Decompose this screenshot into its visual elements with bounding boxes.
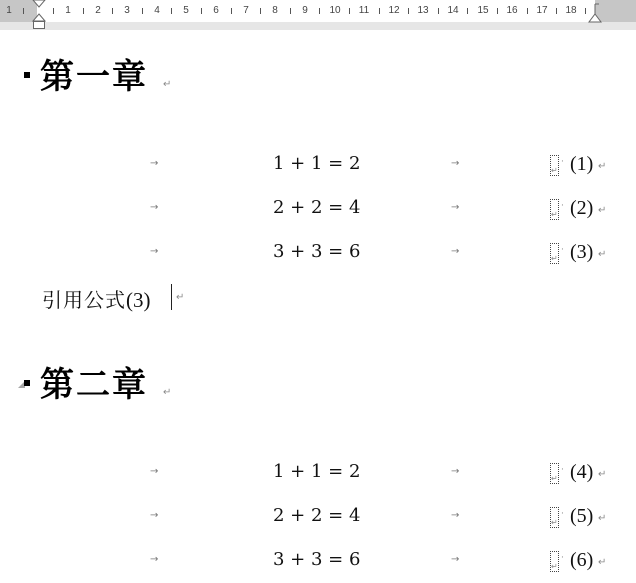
ruler-tick-mark [379, 8, 380, 14]
ruler-number: 10 [329, 5, 340, 17]
equation-number[interactable]: (5) [570, 505, 593, 528]
reference-text[interactable]: 引用公式(3) [42, 284, 151, 313]
paragraph-mark-icon: ↵ [598, 513, 606, 524]
ruler-margin-label: 1 [6, 5, 12, 17]
ruler-number: 1 [65, 5, 71, 17]
chapter-2-heading[interactable]: 第二章 [40, 365, 148, 405]
equation-number[interactable]: (6) [570, 549, 593, 572]
right-indent-marker[interactable] [588, 3, 602, 25]
ruler-number: 5 [183, 5, 189, 17]
cross-reference-field[interactable]: (3) [126, 288, 151, 312]
ruler-number: 14 [447, 5, 458, 17]
equation[interactable]: 1 + 1 = 2 [273, 153, 360, 174]
ruler-tick-mark [585, 8, 586, 14]
ruler-number: 11 [359, 5, 369, 17]
equation[interactable]: 3 + 3 = 6 [273, 241, 360, 262]
paragraph-mark-icon: ↵ [163, 387, 171, 398]
equation[interactable]: 3 + 3 = 6 [273, 549, 360, 570]
field-anchor-box: ↵ [550, 199, 559, 220]
equation[interactable]: 2 + 2 = 4 [273, 197, 360, 218]
ruler-tick-mark [319, 8, 320, 14]
ruler-tick-mark [467, 8, 468, 14]
ruler-tick-mark [142, 8, 143, 14]
ruler-number: 18 [565, 5, 576, 17]
equation-number[interactable]: (3) [570, 241, 593, 264]
ruler-tick-mark [201, 8, 202, 14]
field-anchor-box: ↵ [550, 155, 559, 176]
equation-number[interactable]: (1) [570, 153, 593, 176]
tab-mark-icon: → [451, 246, 459, 257]
ruler-number: 17 [536, 5, 547, 17]
heading-bullet-icon [24, 380, 30, 386]
ruler-tick-mark [23, 8, 24, 14]
paragraph-mark-icon: ↵ [598, 469, 606, 480]
paragraph-mark-icon: ↵ [176, 292, 184, 303]
horizontal-ruler[interactable]: 1 1 2 3 4 5 6 7 8 9 10 11 12 13 14 15 16 [0, 0, 636, 22]
paragraph-mark-icon: ↵ [598, 249, 606, 260]
field-anchor-box: ↵ [550, 507, 559, 528]
space-mark: · [561, 553, 564, 563]
tab-mark-icon: → [451, 510, 459, 521]
field-anchor-box: ↵ [550, 551, 559, 572]
ruler-tick-mark [112, 8, 113, 14]
ruler-tick-mark [290, 8, 291, 14]
ruler-number: 2 [95, 5, 101, 17]
ruler-number: 7 [243, 5, 249, 17]
paragraph-mark-icon: ↵ [598, 557, 606, 568]
ruler-tick-mark [527, 8, 528, 14]
space-mark: · [561, 509, 564, 519]
ruler-number: 4 [154, 5, 160, 17]
ruler-tick-mark [556, 8, 557, 14]
tab-mark-icon: → [150, 554, 158, 565]
space-mark: · [561, 465, 564, 475]
tab-mark-icon: → [451, 466, 459, 477]
ruler-number: 6 [213, 5, 219, 17]
ruler-tick-mark [408, 8, 409, 14]
ruler-tick-mark [83, 8, 84, 14]
ruler-tick-mark [497, 8, 498, 14]
equation[interactable]: 2 + 2 = 4 [273, 505, 360, 526]
space-mark: · [561, 245, 564, 255]
ruler-number: 12 [388, 5, 399, 17]
ruler-tick-mark [260, 8, 261, 14]
text-cursor [171, 284, 172, 310]
hanging-indent-marker[interactable] [32, 13, 46, 30]
ruler-number: 3 [124, 5, 130, 17]
tab-mark-icon: → [150, 202, 158, 213]
equation[interactable]: 1 + 1 = 2 [273, 461, 360, 482]
ruler-number: 16 [506, 5, 517, 17]
tab-mark-icon: → [150, 158, 158, 169]
equation-number[interactable]: (4) [570, 461, 593, 484]
tab-mark-icon: → [150, 246, 158, 257]
ruler-number: 15 [477, 5, 488, 17]
document-page[interactable]: 第一章 ↵ → 1 + 1 = 2 → ↵ · (1) ↵ → 2 + 2 = … [0, 30, 636, 583]
ruler-tick-mark [53, 8, 54, 14]
tab-mark-icon: → [150, 466, 158, 477]
paragraph-mark-icon: ↵ [163, 79, 171, 90]
heading-bullet-icon [24, 72, 30, 78]
field-anchor-box: ↵ [550, 243, 559, 264]
tab-mark-icon: → [451, 202, 459, 213]
ruler-number: 9 [302, 5, 308, 17]
tab-mark-icon: → [150, 510, 158, 521]
paragraph-mark-icon: ↵ [598, 205, 606, 216]
equation-number[interactable]: (2) [570, 197, 593, 220]
ruler-number: 8 [272, 5, 278, 17]
chapter-1-heading[interactable]: 第一章 [40, 57, 148, 97]
ruler-tick-mark [171, 8, 172, 14]
tab-mark-icon: → [451, 158, 459, 169]
ruler-tick-mark [438, 8, 439, 14]
ruler-area: 1 1 2 3 4 5 6 7 8 9 10 11 12 13 14 15 16 [0, 0, 636, 30]
space-mark: · [561, 157, 564, 167]
ruler-number: 13 [417, 5, 428, 17]
field-anchor-box: ↵ [550, 463, 559, 484]
ruler-tick-mark [349, 8, 350, 14]
tab-mark-icon: → [451, 554, 459, 565]
ruler-tick-mark [231, 8, 232, 14]
space-mark: · [561, 201, 564, 211]
paragraph-mark-icon: ↵ [598, 161, 606, 172]
